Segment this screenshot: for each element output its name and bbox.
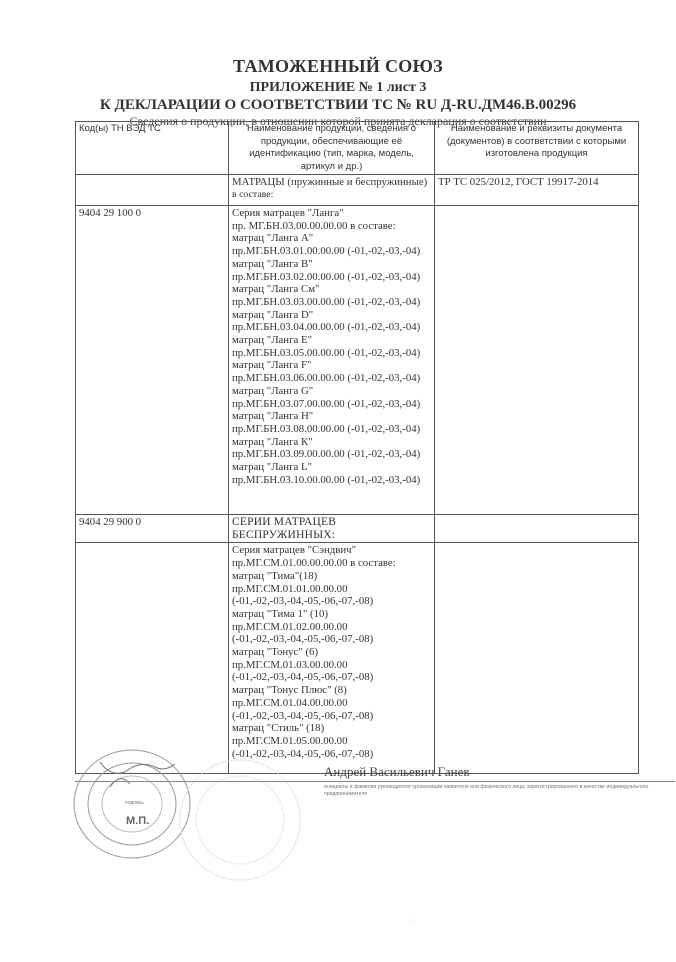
product-line: матрац "Ланга D"	[232, 309, 431, 322]
product-line: матрац "Тима"(18)	[232, 570, 431, 583]
product-line: матрац "Ланга Н"	[232, 410, 431, 423]
signature-line	[75, 781, 675, 782]
product-cell: СЕРИИ МАТРАЦЕВ БЕСПРУЖИННЫХ:	[229, 515, 435, 543]
product-line: матрац "Тонус Плюс" (8)	[232, 684, 431, 697]
product-line: пр.МГ.БН.03.07.00.00.00 (-01,-02,-03,-04…	[232, 398, 431, 411]
product-line: пр.МГ.СМ.01.03.00.00.00	[232, 659, 431, 672]
product-line: Серия матрацев "Сэндвич"	[232, 544, 431, 557]
product-line: матрац "Тима 1" (10)	[232, 608, 431, 621]
appendix-label: ПРИЛОЖЕНИЕ № 1 лист 3	[0, 80, 676, 96]
product-line: пр.МГ.БН.03.02.00.00.00 (-01,-02,-03,-04…	[232, 271, 431, 284]
documents-cell	[435, 543, 639, 774]
signature-label: подпись	[125, 800, 144, 806]
code-cell	[76, 543, 229, 774]
product-line: матрац "Ланга К"	[232, 436, 431, 449]
product-line: пр.МГ.БН.03.08.00.00.00 (-01,-02,-03,-04…	[232, 423, 431, 436]
signer-name: Андрей Васильевич Ганев	[324, 764, 470, 780]
table-row: 9404 29 100 0 Серия матрацев "Ланга"пр. …	[76, 206, 639, 515]
table-row: МАТРАЦЫ (пружинные и беспружинные) в сос…	[76, 175, 639, 206]
signer-caption: инициалы и фамилия руководителя организа…	[324, 784, 664, 797]
product-line: пр.МГ.СМ.01.00.00.00.00 в составе:	[232, 557, 431, 570]
product-line: матрац "Ланга Е"	[232, 334, 431, 347]
product-line: пр.МГ.БН.03.04.00.00.00 (-01,-02,-03,-04…	[232, 321, 431, 334]
code-cell	[76, 175, 229, 206]
product-line: пр.МГ.СМ.01.02.00.00.00	[232, 621, 431, 634]
column-header-product: Наименование продукции, сведения о проду…	[229, 122, 435, 175]
product-line: пр.МГ.БН.03.05.00.00.00 (-01,-02,-03,-04…	[232, 347, 431, 360]
product-cell: Серия матрацев "Сэндвич"пр.МГ.СМ.01.00.0…	[229, 543, 435, 774]
product-line: МАТРАЦЫ (пружинные и беспружинные)	[232, 176, 431, 189]
column-header-code: Код(ы) ТН ВЭД ТС	[76, 122, 229, 175]
product-line: пр.МГ.БН.03.06.00.00.00 (-01,-02,-03,-04…	[232, 372, 431, 385]
product-table: Код(ы) ТН ВЭД ТС Наименование продукции,…	[75, 121, 639, 774]
product-line: (-01,-02,-03,-04,-05,-06,-07,-08)	[232, 633, 431, 646]
product-line: пр.МГ.БН.03.10.00.00.00 (-01,-02,-03,-04…	[232, 474, 431, 487]
product-line: пр.МГ.БН.03.03.00.00.00 (-01,-02,-03,-04…	[232, 296, 431, 309]
faded-stamp-icon	[175, 755, 305, 885]
documents-cell: ТР ТС 025/2012, ГОСТ 19917-2014	[435, 175, 639, 206]
product-line: матрац "Тонус" (6)	[232, 646, 431, 659]
declaration-number: К ДЕКЛАРАЦИИ О СООТВЕТСТВИИ ТС № RU Д-RU…	[0, 97, 676, 114]
column-header-documents: Наименование и реквизиты документа (доку…	[435, 122, 639, 175]
product-line: матрац "Ланга В"	[232, 258, 431, 271]
documents-cell	[435, 206, 639, 515]
stamp-label: М.П.	[126, 815, 149, 827]
product-line: матрац "Стиль" (18)	[232, 722, 431, 735]
product-line: матрац "Ланга См"	[232, 283, 431, 296]
code-cell: 9404 29 900 0	[76, 515, 229, 543]
product-line: матрац "Ланга F"	[232, 359, 431, 372]
product-line: (-01,-02,-03,-04,-05,-06,-07,-08)	[232, 595, 431, 608]
document-title: ТАМОЖЕННЫЙ СОЮЗ	[0, 56, 676, 77]
product-line: пр.МГ.СМ.01.01.00.00.00	[232, 583, 431, 596]
product-line: пр.МГ.СМ.01.04.00.00.00	[232, 697, 431, 710]
product-line: пр.МГ.СМ.01.05.00.00.00	[232, 735, 431, 748]
product-line: пр.МГ.БН.03.01.00.00.00 (-01,-02,-03,-04…	[232, 245, 431, 258]
product-line: в составе:	[232, 189, 431, 202]
product-cell: МАТРАЦЫ (пружинные и беспружинные) в сос…	[229, 175, 435, 206]
product-line: матрац "Ланга G"	[232, 385, 431, 398]
product-line: пр.МГ.БН.03.09.00.00.00 (-01,-02,-03,-04…	[232, 448, 431, 461]
documents-cell	[435, 515, 639, 543]
product-line: (-01,-02,-03,-04,-05,-06,-07,-08)	[232, 671, 431, 684]
table-row: 9404 29 900 0 СЕРИИ МАТРАЦЕВ БЕСПРУЖИННЫ…	[76, 515, 639, 543]
code-cell: 9404 29 100 0	[76, 206, 229, 515]
table-header-row: Код(ы) ТН ВЭД ТС Наименование продукции,…	[76, 122, 639, 175]
table-row: Серия матрацев "Сэндвич"пр.МГ.СМ.01.00.0…	[76, 543, 639, 774]
scan-speck: ⁚	[412, 914, 415, 923]
product-line: матрац "Ланга L"	[232, 461, 431, 474]
product-line: (-01,-02,-03,-04,-05,-06,-07,-08)	[232, 710, 431, 723]
product-line: матрац "Ланга А"	[232, 232, 431, 245]
product-line: пр. МГ.БН.03.00.00.00.00 в составе:	[232, 220, 431, 233]
product-cell: Серия матрацев "Ланга"пр. МГ.БН.03.00.00…	[229, 206, 435, 515]
product-line: Серия матрацев "Ланга"	[232, 207, 431, 220]
